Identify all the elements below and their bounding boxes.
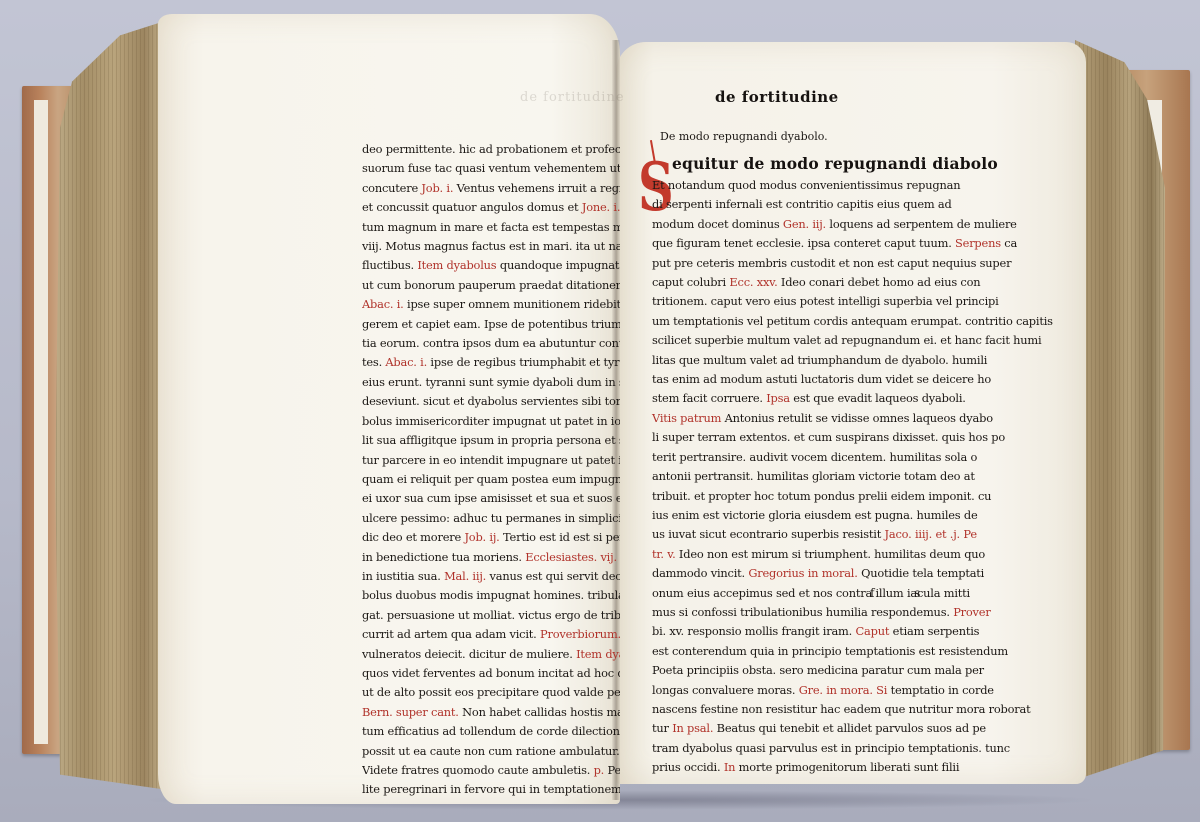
right-page-line: Et notandum quod modus convenientissimus… [652, 176, 914, 195]
rubric-reference: Jaco. iiij. et .j. Pe [885, 527, 977, 541]
left-page-line: tes. Abac. i. ipse de regibus triumphabi… [362, 353, 620, 372]
left-page-line: ut de alto possit eos precipitare quod v… [362, 683, 620, 702]
right-page-line: terit pertransire. audivit vocem dicente… [652, 448, 914, 467]
right-fore-edge [1075, 40, 1165, 780]
rubric-reference: Prover [953, 605, 990, 619]
bleed-through-running-head: de fortitudine [520, 90, 625, 105]
left-page-line: Bern. super cant. Non habet callidas hos… [362, 703, 620, 722]
rubric-reference: Ecc. xxv. [729, 275, 777, 289]
left-page-line: fluctibus. Item dyabolus quandoque impug… [362, 256, 620, 275]
right-page-line: modum docet dominus Gen. iij. loquens ad… [652, 215, 914, 234]
right-page-line: caput colubri Ecc. xxv. Ideo conari debe… [652, 273, 914, 292]
right-page-line: prius occidi. In morte primogenitorum li… [652, 758, 914, 777]
right-page-line: est conterendum quia in principio tempta… [652, 642, 914, 661]
left-page-line: lit sua affligitque ipsum in propria per… [362, 431, 620, 450]
left-page-line: tur parcere in eo intendit impugnare ut … [362, 451, 620, 470]
left-page-line: et concussit quatuor angulos domus et Jo… [362, 198, 620, 217]
rubric-reference: Item dyabolus illos [576, 647, 620, 661]
left-page-line: suorum fuse tac quasi ventum vehementem … [362, 159, 620, 178]
rubric-reference: tr. v. [652, 547, 676, 561]
photo-scene: de fortitudine deo permittente. hic ad p… [0, 0, 1200, 822]
left-page-line: tia eorum. contra ipsos dum ea abutuntur… [362, 334, 620, 353]
left-page-line: tum magnum in mare et facta est tempesta… [362, 218, 620, 237]
left-page-line: ut cum bonorum pauperum praedat ditation… [362, 276, 620, 295]
right-page-line: que figuram tenet ecclesie. ipsa contere… [652, 234, 914, 253]
right-page-line: longas convaluere moras. Gre. in mora. S… [652, 681, 914, 700]
right-page-line: nascens festine non resistitur hac eadem… [652, 700, 914, 719]
right-page-line: mus si confossi tribulationibus humilia … [652, 603, 914, 622]
left-page-line: bolus immisericorditer impugnat ut patet… [362, 412, 620, 431]
left-page-line: deo permittente. hic ad probationem et p… [362, 140, 620, 159]
left-page-line: in benedictione tua moriens. Ecclesiaste… [362, 548, 620, 567]
chapter-heading: De modo repugnandi dyabolo. [660, 130, 828, 143]
rubric-reference: Gre. in mora. [799, 683, 873, 697]
rubric-reference: Job. ij. [464, 530, 499, 544]
right-page-line: um temptationis vel petitum cordis anteq… [652, 312, 914, 331]
right-page-line: Poeta principiis obsta. sero medicina pa… [652, 661, 914, 680]
rubric-reference: Jone. i. [582, 200, 620, 214]
rubric-reference: Job. i. [421, 181, 453, 195]
left-page-line: gat. persuasione ut molliat. victus ergo… [362, 606, 620, 625]
right-page-line: ius enim est victorie gloria eiusdem est… [652, 506, 914, 525]
rubric-reference: Vitis patrum [652, 411, 721, 425]
right-page-line: tritionem. caput vero eius potest intell… [652, 292, 914, 311]
left-page-line: gerem et capiet eam. Ipse de potentibus … [362, 315, 620, 334]
rubric-reference: Ipsa [766, 391, 790, 405]
rubric-reference: In psal. [672, 721, 713, 735]
chapter-incipit: equitur de modo repugnandi diabolo [672, 154, 998, 173]
right-page-line: tram dyabolus quasi parvulus est in prin… [652, 739, 914, 758]
left-page-line: deseviunt. sicut et dyabolus servientes … [362, 392, 620, 411]
left-page-line: Abac. i. ipse super omnem munitionem rid… [362, 295, 620, 314]
right-page-line: tur In psal. Beatus qui tenebit et allid… [652, 719, 914, 738]
right-page-line: tribuit. et propter hoc totum pondus pre… [652, 487, 914, 506]
rubric-reference: Serpens [955, 236, 1001, 250]
running-head: de fortitudine [715, 88, 839, 106]
right-page-line: di serpenti infernali est contritio capi… [652, 195, 914, 214]
left-page-line: dic deo et morere Job. ij. Tertio est id… [362, 528, 620, 547]
rubric-reference: Mal. iij. [444, 569, 486, 583]
left-page-line: viij. Motus magnus factus est in mari. i… [362, 237, 620, 256]
right-page-text-block: Et notandum quod modus convenientissimus… [652, 176, 914, 778]
rubric-reference: Caput [856, 624, 890, 638]
left-page-line: currit ad artem qua adam vicit. Proverbi… [362, 625, 620, 644]
rubric-reference: p. [594, 763, 605, 777]
right-page-line: scilicet superbie multum valet ad repugn… [652, 331, 914, 350]
left-page-line: quos videt ferventes ad bonum incitat ad… [362, 664, 620, 683]
rubric-reference: Gregorius in moral. [748, 566, 857, 580]
left-page-line: vulneratos deiecit. dicitur de muliere. … [362, 645, 620, 664]
left-page-line: possit ut ea caute non cum ratione ambul… [362, 742, 620, 761]
left-page-line: concutere Job. i. Ventus vehemens irruit… [362, 179, 620, 198]
rubric-reference: In [724, 760, 735, 774]
right-page-line: us iuvat sicut econtrario superbis resis… [652, 525, 914, 544]
right-page-line: antonii pertransit. humilitas gloriam vi… [652, 467, 914, 486]
left-page-line: tum efficatius ad tollendum de corde dil… [362, 722, 620, 741]
rubric-reference: Proverbiorum. vij. [540, 627, 620, 641]
rubric-reference: Gen. iij. [783, 217, 826, 231]
left-page-line: eius erunt. tyranni sunt symie dyaboli d… [362, 373, 620, 392]
right-page-line: li super terram extentos. et cum suspira… [652, 428, 914, 447]
left-page-text-block: deo permittente. hic ad probationem et p… [362, 140, 620, 800]
rubric-reference: Bern. super cant. [362, 705, 459, 719]
right-page-line: litas que multum valet ad triumphandum d… [652, 351, 914, 370]
signature-marks: f s [870, 586, 938, 600]
left-page-line: Videte fratres quomodo caute ambuletis. … [362, 761, 620, 780]
right-page-line: put pre ceteris membris custodit et non … [652, 254, 914, 273]
rubric-reference: Ecclesiastes. vij. [525, 550, 617, 564]
right-page-line: bi. xv. responsio mollis frangit iram. C… [652, 622, 914, 641]
rubric-reference: Item dyabolus [417, 258, 496, 272]
rubric-reference: Abac. i. [385, 355, 427, 369]
right-page-line: Vitis patrum Antonius retulit se vidisse… [652, 409, 914, 428]
rubric-reference: Abac. i. [362, 297, 404, 311]
left-page-line: ulcere pessimo: adhuc tu permanes in sim… [362, 509, 620, 528]
left-page-line: bolus duobus modis impugnat homines. tri… [362, 586, 620, 605]
rubric-reference: Si [876, 683, 887, 697]
left-page-line: quam ei reliquit per quam postea eum imp… [362, 470, 620, 489]
right-page-line: stem facit corruere. Ipsa est que evadit… [652, 389, 914, 408]
left-page-line: ei uxor sua cum ipse amisisset et sua et… [362, 489, 620, 508]
right-page-line: dammodo vincit. Gregorius in moral. Quot… [652, 564, 914, 583]
right-page-line: tr. v. Ideo non est mirum si triumphent.… [652, 545, 914, 564]
left-fore-edge [48, 20, 168, 790]
left-page-line: lite peregrinari in fervore qui in tempt… [362, 780, 620, 799]
left-page-line: in iustitia sua. Mal. iij. vanus est qui… [362, 567, 620, 586]
right-page-line: tas enim ad modum astuti luctatoris dum … [652, 370, 914, 389]
